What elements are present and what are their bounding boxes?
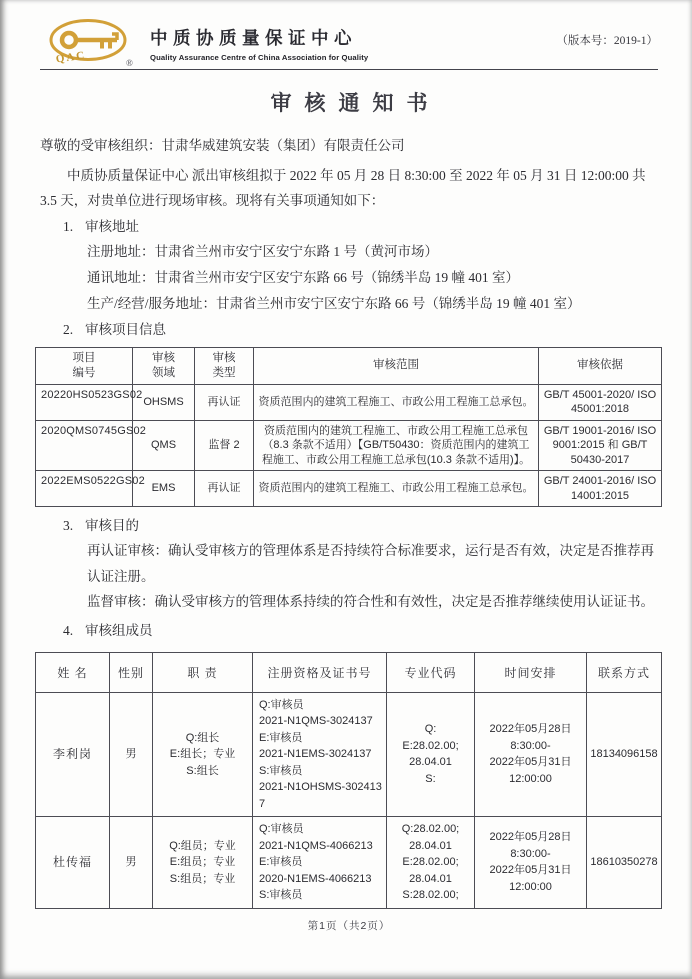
- document-header: QAC ® 中质协质量保证中心 Quality Assurance Centre…: [40, 16, 658, 72]
- member-specialty-code: Q:28.02.00; 28.04.01 E:28.02.00; 28.04.0…: [387, 817, 475, 909]
- col-header-contact: 联系方式: [587, 652, 662, 692]
- section-4-heading: 4.审核组成员: [40, 618, 658, 643]
- project-id: 2022EMS0522GS02: [36, 471, 133, 507]
- section-1-number: 1.: [63, 214, 85, 239]
- section-4-title: 审核组成员: [85, 623, 153, 638]
- audit-scope: 资质范围内的建筑工程施工、市政公用工程施工总承包。: [254, 384, 539, 420]
- member-schedule: 2022年05月28日 8:30:00- 2022年05月31日 12:00:0…: [475, 817, 587, 909]
- team-table-header-row: 姓 名 性别 职 责 注册资格及证书号 专业代码 时间安排 联系方式: [36, 652, 662, 692]
- surveillance-purpose-line: 监督审核：确认受审核方的管理体系持续的符合性和有效性，决定是否推荐继续使用认证证…: [40, 589, 658, 615]
- page-number: 第1页（共2页）: [40, 918, 658, 933]
- member-gender: 男: [110, 692, 153, 817]
- registered-mark: ®: [126, 58, 133, 68]
- section-3-number: 3.: [63, 513, 85, 538]
- member-duty: Q:组长 E:组长；专业 S:组长: [153, 692, 253, 817]
- table-row: 杜传福 男 Q:组员；专业 E:组员；专业 S:组员；专业 Q:审核员 2021…: [36, 817, 662, 909]
- member-duty: Q:组员；专业 E:组员；专业 S:组员；专业: [153, 817, 253, 909]
- col-header-duty: 职 责: [153, 652, 253, 692]
- version-label: （版本号：2019-1）: [556, 16, 658, 48]
- col-header-audit-field: 审核 领域: [133, 347, 195, 384]
- col-header-audit-scope: 审核范围: [254, 347, 539, 384]
- project-id: 20220HS0523GS02: [36, 384, 133, 420]
- mailing-address-line: 通讯地址：甘肃省兰州市安宁区安宁东路 66 号（锦绣半岛 19 幢 401 室）: [40, 265, 658, 291]
- section-3-title: 审核目的: [85, 518, 139, 533]
- audit-scope: 资质范围内的建筑工程施工、市政公用工程施工总承包。: [254, 471, 539, 507]
- col-header-audit-type: 审核 类型: [195, 347, 254, 384]
- registered-address-line: 注册地址：甘肃省兰州市安宁区安宁东路 1 号（黄河市场）: [40, 239, 658, 265]
- member-specialty-code: Q: E:28.02.00; 28.04.01 S:: [387, 692, 475, 817]
- audit-basis: GB/T 24001-2016/ ISO 14001:2015: [539, 471, 662, 507]
- col-header-project-id: 项目 编号: [36, 347, 133, 384]
- section-2-heading: 2.审核项目信息: [40, 317, 658, 342]
- col-header-certificate: 注册资格及证书号: [253, 652, 387, 692]
- org-name-chinese: 中质协质量保证中心: [150, 25, 368, 50]
- section-2-title: 审核项目信息: [85, 322, 166, 337]
- qac-key-logo-icon: QAC ®: [40, 16, 140, 72]
- document-page: QAC ® 中质协质量保证中心 Quality Assurance Centre…: [0, 0, 692, 979]
- col-header-gender: 性别: [110, 652, 153, 692]
- audit-basis: GB/T 45001-2020/ ISO 45001:2018: [539, 384, 662, 420]
- member-name: 杜传福: [36, 817, 110, 909]
- member-certificate: Q:审核员 2021-N1QMS-4066213 E:审核员 2020-N1EM…: [253, 817, 387, 909]
- section-3-heading: 3.审核目的: [40, 513, 658, 538]
- production-address-line: 生产/经营/服务地址：甘肃省兰州市安宁区安宁东路 66 号（锦绣半岛 19 幢 …: [40, 291, 658, 317]
- table-row: 2020QMS0745GS02 QMS 监督 2 资质范围内的建筑工程施工、市政…: [36, 420, 662, 471]
- member-gender: 男: [110, 817, 153, 909]
- org-name-english: Quality Assurance Centre of China Associ…: [150, 53, 368, 62]
- col-header-schedule: 时间安排: [475, 652, 587, 692]
- member-phone: 18610350278: [587, 817, 662, 909]
- member-schedule: 2022年05月28日 8:30:00- 2022年05月31日 12:00:0…: [475, 692, 587, 817]
- audit-type: 监督 2: [195, 420, 254, 471]
- audit-team-table: 姓 名 性别 职 责 注册资格及证书号 专业代码 时间安排 联系方式 李利岗 男…: [35, 652, 662, 909]
- section-1-heading: 1.审核地址: [40, 214, 658, 239]
- col-header-specialty-code: 专业代码: [387, 652, 475, 692]
- recert-purpose-line: 再认证审核：确认受审核方的管理体系是否持续符合标准要求，运行是否有效，决定是否推…: [40, 538, 658, 589]
- section-4-number: 4.: [63, 618, 85, 643]
- table-row: 2022EMS0522GS02 EMS 再认证 资质范围内的建筑工程施工、市政公…: [36, 471, 662, 507]
- table-row: 20220HS0523GS02 OHSMS 再认证 资质范围内的建筑工程施工、市…: [36, 384, 662, 420]
- member-phone: 18134096158: [587, 692, 662, 817]
- salutation-line: 尊敬的受审核组织：甘肃华威建筑安装（集团）有限责任公司: [40, 133, 658, 159]
- section-1-title: 审核地址: [85, 219, 139, 234]
- section-2-number: 2.: [63, 317, 85, 342]
- audit-project-table: 项目 编号 审核 领域 审核 类型 审核范围 审核依据 20220HS0523G…: [35, 347, 662, 508]
- document-title: 审核通知书: [40, 87, 658, 117]
- col-header-name: 姓 名: [36, 652, 110, 692]
- project-table-header-row: 项目 编号 审核 领域 审核 类型 审核范围 审核依据: [36, 347, 662, 384]
- col-header-audit-basis: 审核依据: [539, 347, 662, 384]
- audit-basis: GB/T 19001-2016/ ISO 9001:2015 和 GB/T 50…: [539, 420, 662, 471]
- project-id: 2020QMS0745GS02: [36, 420, 133, 471]
- audit-type: 再认证: [195, 384, 254, 420]
- table-row: 李利岗 男 Q:组长 E:组长；专业 S:组长 Q:审核员 2021-N1QMS…: [36, 692, 662, 817]
- brand-block: 中质协质量保证中心 Quality Assurance Centre of Ch…: [150, 16, 368, 62]
- intro-paragraph: 中质协质量保证中心 派出审核组拟于 2022 年 05 月 28 日 8:30:…: [40, 163, 658, 214]
- audit-scope: 资质范围内的建筑工程施工、市政公用工程施工总承包（8.3 条款不适用）【GB/T…: [254, 420, 539, 471]
- member-name: 李利岗: [36, 692, 110, 817]
- member-certificate: Q:审核员 2021-N1QMS-3024137 E:审核员 2021-N1EM…: [253, 692, 387, 817]
- audit-type: 再认证: [195, 471, 254, 507]
